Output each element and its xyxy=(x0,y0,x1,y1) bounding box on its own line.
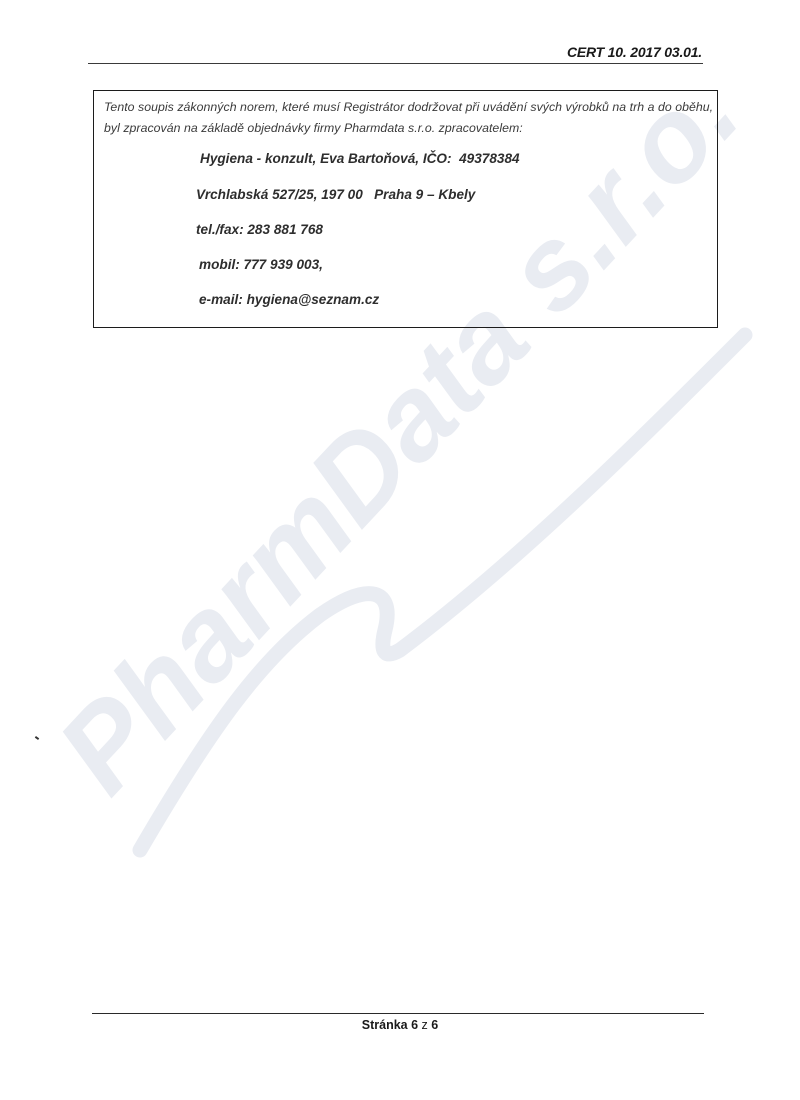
page-separator: z xyxy=(422,1018,428,1032)
contact-box: Tento soupis zákonných norem, které musí… xyxy=(93,90,718,328)
scan-speck xyxy=(35,736,39,740)
document-page: PharmData s.r.o. CERT 10. 2017 03.01. Te… xyxy=(0,0,800,1100)
page-total: 6 xyxy=(431,1018,438,1032)
page-label: Stránka xyxy=(362,1018,408,1032)
telfax-line: tel./fax: 283 881 768 xyxy=(196,222,323,237)
intro-paragraph: Tento soupis zákonných norem, které musí… xyxy=(104,97,714,139)
page-current: 6 xyxy=(411,1018,418,1032)
footer-divider xyxy=(92,1013,704,1014)
page-number: Stránka 6 z 6 xyxy=(0,1018,800,1032)
mobile-line: mobil: 777 939 003, xyxy=(199,257,323,272)
watermark-swoosh xyxy=(140,335,745,850)
address-line: Vrchlabská 527/25, 197 00 Praha 9 – Kbel… xyxy=(196,187,475,202)
email-line[interactable]: e-mail: hygiena@seznam.cz xyxy=(199,292,379,307)
company-line: Hygiena - konzult, Eva Bartoňová, IČO: 4… xyxy=(200,151,520,166)
header-divider xyxy=(88,63,703,64)
document-code: CERT 10. 2017 03.01. xyxy=(567,44,702,60)
